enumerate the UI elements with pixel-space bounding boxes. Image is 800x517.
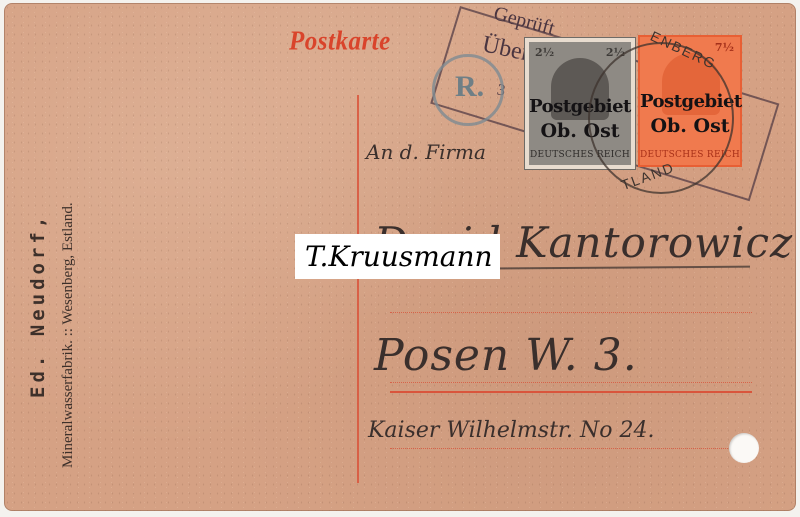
address-line-1: An d. Firma [366, 140, 486, 164]
address-line [390, 448, 730, 449]
underline [390, 391, 752, 393]
address-line-3: Posen W. 3. [374, 330, 638, 381]
watermark-label: T.Kruusmann [295, 234, 500, 279]
address-line-4: Kaiser Wilhelmstr. No 24. [368, 418, 654, 443]
sender-name: Ed. Neudorf, [27, 213, 49, 398]
punch-hole [729, 433, 759, 463]
card-title: Postkarte [289, 27, 391, 58]
registration-mark: R. [455, 70, 484, 104]
address-line [390, 382, 752, 383]
sender-address: Mineralwasserfabrik. :: Wesenberg, Estla… [60, 202, 77, 468]
stamp-value: 2½ [535, 46, 554, 59]
address-line [390, 312, 752, 313]
stamp-value: 7½ [715, 41, 734, 54]
divider-line [357, 95, 359, 483]
